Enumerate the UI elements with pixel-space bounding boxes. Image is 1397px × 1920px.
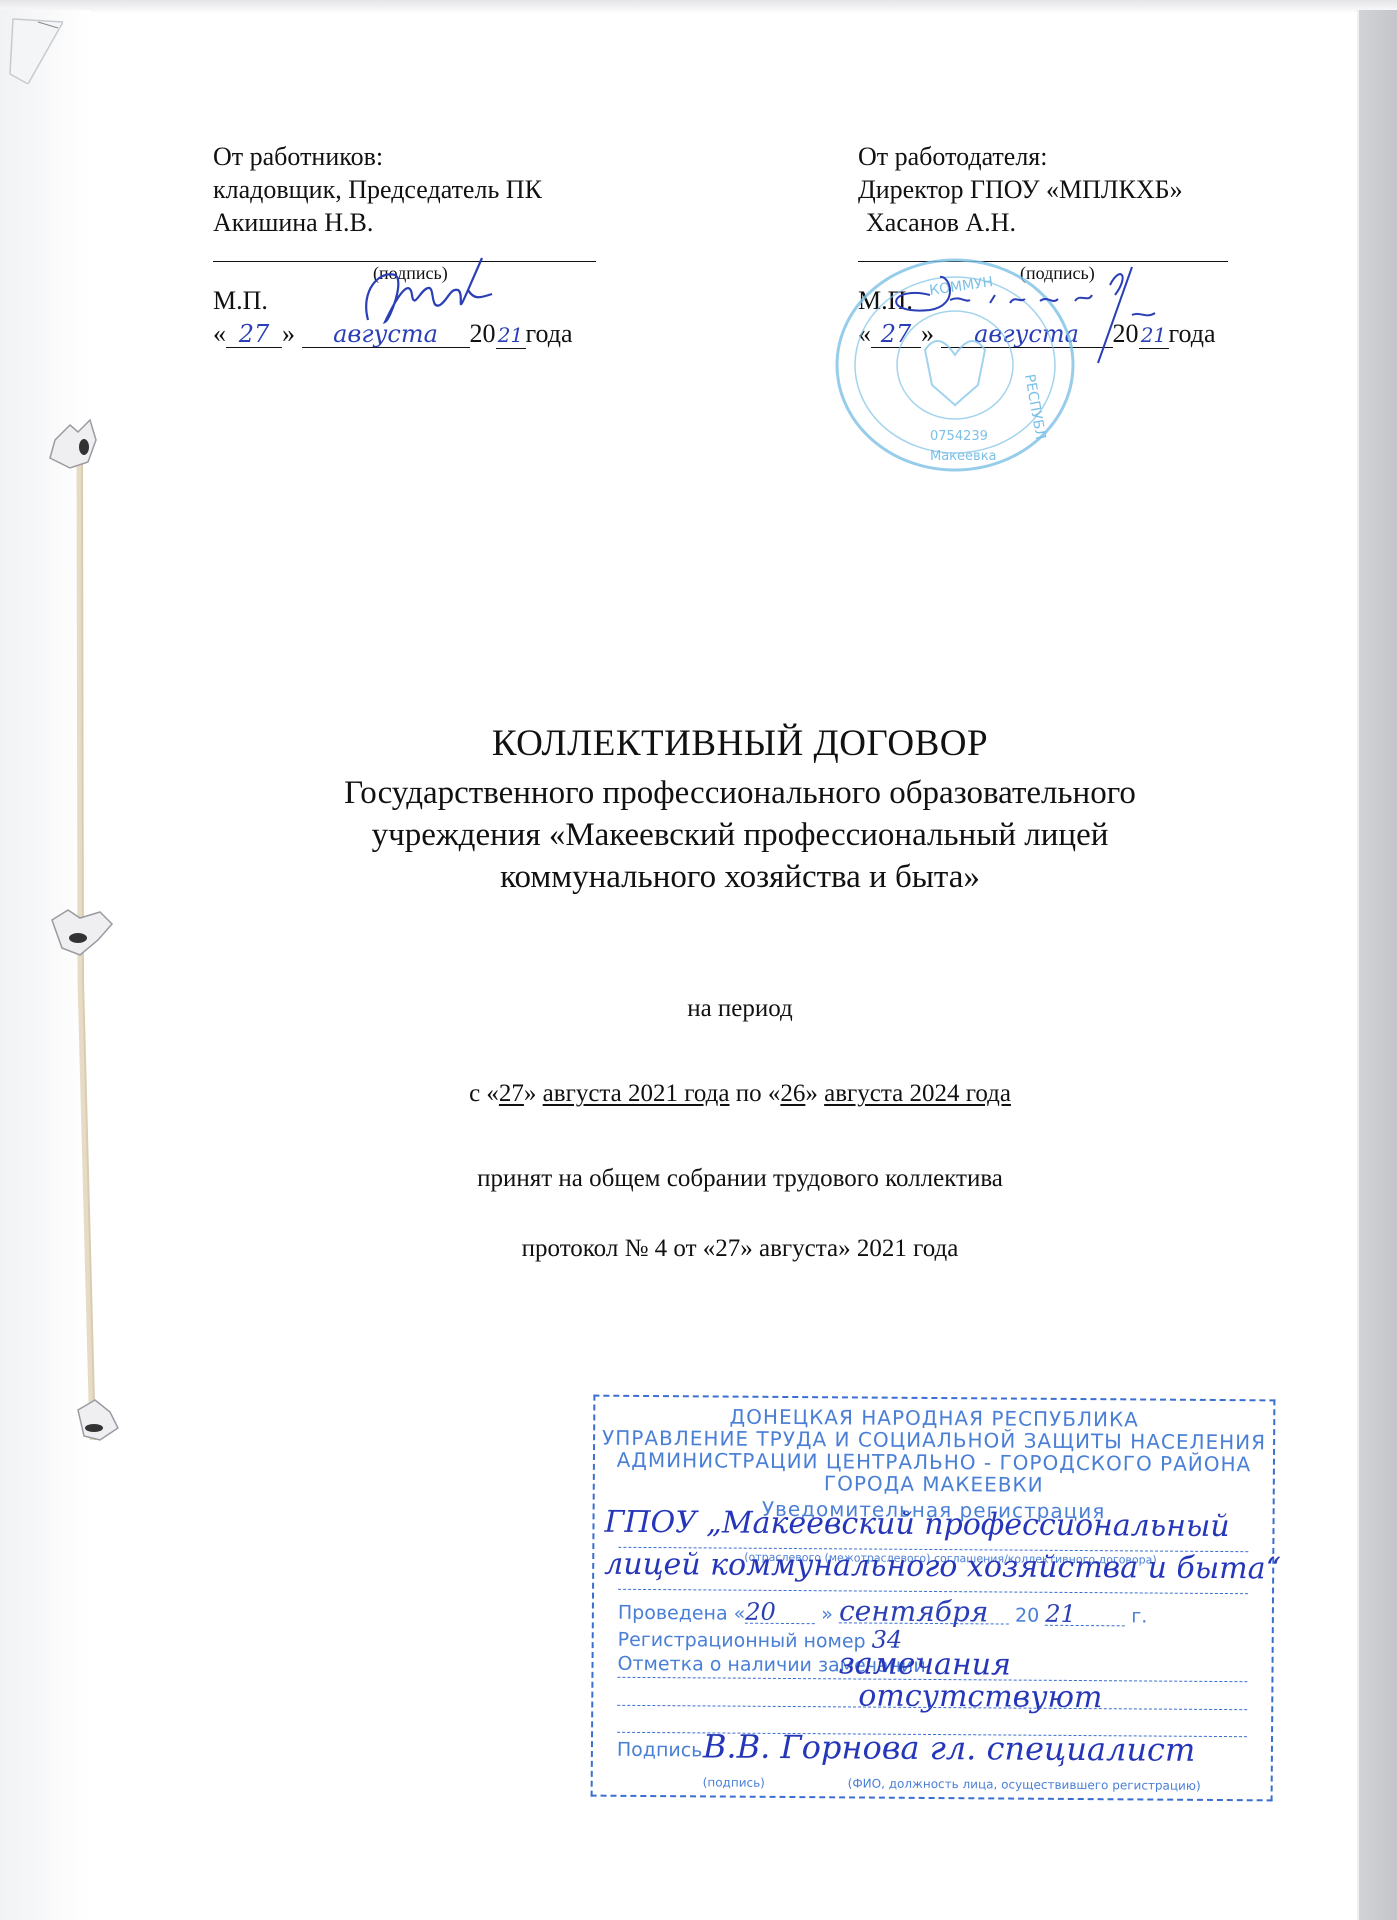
stamp-conducted-day: 20 — [745, 1601, 815, 1624]
period-label: на период — [150, 995, 1330, 1023]
folded-corner-icon — [8, 14, 63, 84]
stamp-signature-label: Подпись — [617, 1739, 703, 1762]
svg-text:Макеевка: Макеевка — [930, 449, 997, 464]
employees-date-year-suffix: 21 — [496, 322, 526, 349]
stamp-quote: » — [821, 1603, 833, 1625]
svg-text:РЕСПУБЛ: РЕСПУБЛ — [1021, 373, 1048, 441]
protocol-reference: протокол № 4 от «27» августа» 2021 года — [150, 1235, 1330, 1263]
stamp-signatory-caption: (ФИО, должность лица, осуществившего рег… — [848, 1776, 1201, 1792]
adoption-statement: принят на общем собрании трудового колле… — [150, 1165, 1330, 1193]
period-sep: » — [524, 1080, 543, 1107]
period-start-day: 27 — [499, 1080, 524, 1107]
period-sep: по « — [729, 1080, 780, 1107]
page-shadow-left — [0, 10, 90, 1920]
stamp-conducted-year-prefix: 20 — [1015, 1605, 1039, 1627]
stamp-subject-handwritten-1: ГПОУ „Макеевский профессиональный — [604, 1505, 1229, 1544]
stamp-remarks-handwritten-1: замечания — [838, 1646, 1011, 1682]
employer-name: Хасанов А.Н. — [858, 206, 1278, 239]
period-start-month-year: августа 2021 года — [543, 1080, 730, 1107]
stamp-conducted-month: сентября — [839, 1600, 1009, 1624]
stamp-conducted-year-suffix: 21 — [1045, 1603, 1125, 1627]
stamp-subject-handwritten-2: лицей коммунального хозяйства и быта“ — [604, 1547, 1281, 1587]
period-dates: с «27» августа 2021 года по «26» августа… — [150, 1080, 1330, 1108]
registration-stamp: ДОНЕЦКАЯ НАРОДНАЯ РЕСПУБЛИКА УПРАВЛЕНИЕ … — [591, 1395, 1276, 1802]
employer-handwritten-signature — [870, 255, 1170, 365]
document-title: КОЛЛЕКТИВНЫЙ ДОГОВОР — [150, 722, 1330, 766]
subtitle-line: коммунального хозяйства и быта» — [150, 856, 1330, 898]
stamp-signatory-handwritten: В.В. Горнова гл. специалист — [703, 1727, 1196, 1768]
stamp-conducted-label: Проведена « — [618, 1602, 746, 1625]
period-prefix: с « — [469, 1080, 499, 1107]
stamp-year-unit: г. — [1131, 1605, 1147, 1627]
subtitle-line: учреждения «Макеевский профессиональный … — [150, 814, 1330, 856]
period-end-day: 26 — [780, 1080, 805, 1107]
stamp-conducted-row: Проведена «20 » сентября 20 21 г. — [618, 1599, 1248, 1628]
employees-handwritten-signature — [350, 250, 500, 330]
svg-text:0754239: 0754239 — [930, 429, 988, 444]
employees-position: кладовщик, Председатель ПК — [213, 173, 613, 206]
employer-position: Директор ГПОУ «МПЛКХБ» — [858, 173, 1278, 206]
stamp-reg-number-label: Регистрационный номер — [618, 1629, 866, 1653]
employees-date-day: 27 — [226, 321, 282, 348]
period-end-month-year: августа 2024 года — [824, 1080, 1011, 1107]
period-sep: » — [805, 1080, 824, 1107]
employer-date-year-word: года — [1169, 319, 1216, 348]
quote-open: « — [213, 319, 226, 348]
employees-heading: От работников: — [213, 140, 613, 173]
stamp-dashed-line — [618, 1589, 1248, 1594]
subtitle-line: Государственного профессионального образ… — [150, 772, 1330, 814]
scan-top-edge — [0, 0, 1397, 12]
employer-heading: От работодателя: — [858, 140, 1278, 173]
employees-name: Акишина Н.В. — [213, 206, 613, 239]
document-subtitle: Государственного профессионального образ… — [150, 772, 1330, 898]
stamp-remarks-handwritten-2: отсутствуют — [858, 1678, 1102, 1715]
employees-date-year-word: года — [526, 319, 573, 348]
scan-right-edge — [1357, 10, 1397, 1920]
quote-close: » — [282, 319, 295, 348]
stamp-signature-caption: (подпись) — [703, 1775, 765, 1789]
